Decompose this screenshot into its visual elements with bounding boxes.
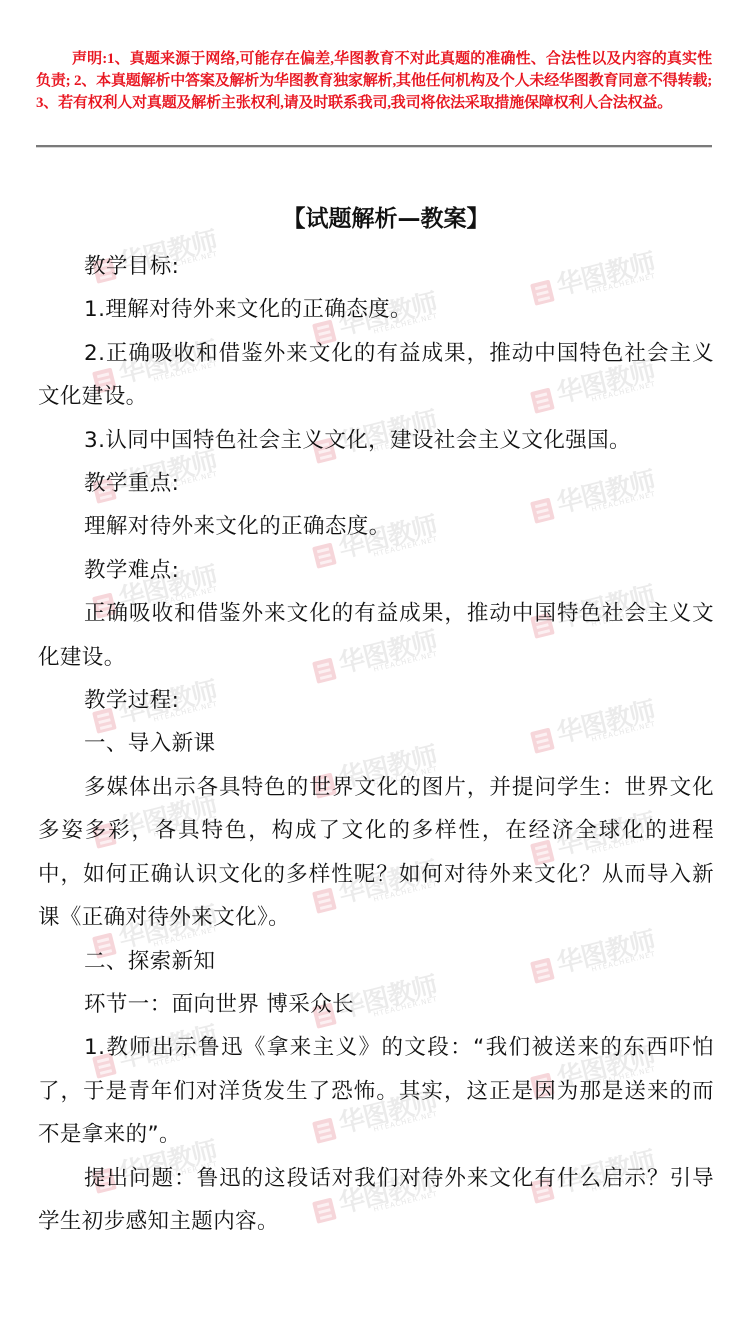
question-text: 提出问题：鲁迅的这段话对我们对待外来文化有什么启示？引导学生初步感知主题内容。 (38, 1157, 714, 1244)
declaration-lead: 声明: (72, 51, 107, 67)
section-heading-introduction: 一、导入新课 (38, 722, 714, 765)
heading-teaching-process: 教学过程: (38, 679, 714, 722)
step-one-heading: 环节一：面向世界 博采众长 (38, 983, 714, 1026)
objective-item: 1.理解对待外来文化的正确态度。 (38, 288, 714, 331)
heading-teaching-objectives: 教学目标: (38, 245, 714, 288)
declaration-text: 1、真题来源于网络,可能存在偏差,华图教育不对此真题的准确性、合法性以及内容的真… (36, 51, 712, 111)
difficult-point-text: 正确吸收和借鉴外来文化的有益成果，推动中国特色社会主义文化建设。 (38, 592, 714, 679)
objective-item: 2.正确吸收和借鉴外来文化的有益成果，推动中国特色社会主义文化建设。 (38, 332, 714, 419)
document-title: 【试题解析—教案】 (0, 203, 748, 235)
lesson-plan-body: 教学目标: 1.理解对待外来文化的正确态度。 2.正确吸收和借鉴外来文化的有益成… (38, 245, 714, 1243)
header-divider (36, 145, 712, 148)
heading-key-points: 教学重点: (38, 462, 714, 505)
heading-difficult-points: 教学难点: (38, 549, 714, 592)
introduction-text: 多媒体出示各具特色的世界文化的图片，并提问学生：世界文化多姿多彩，各具特色，构成… (38, 766, 714, 940)
step-one-item: 1.教师出示鲁迅《拿来主义》的文段：“我们被送来的东西吓怕了，于是青年们对洋货发… (38, 1026, 714, 1156)
key-point-text: 理解对待外来文化的正确态度。 (38, 505, 714, 548)
document-page: 华图教师HTEACHER.NET 华图教师HTEACHER.NET 华图教师HT… (0, 0, 748, 1335)
section-heading-exploration: 二、探索新知 (38, 940, 714, 983)
objective-item: 3.认同中国特色社会主义文化，建设社会主义文化强国。 (38, 419, 714, 462)
copyright-declaration: 声明:1、真题来源于网络,可能存在偏差,华图教育不对此真题的准确性、合法性以及内… (36, 49, 712, 114)
